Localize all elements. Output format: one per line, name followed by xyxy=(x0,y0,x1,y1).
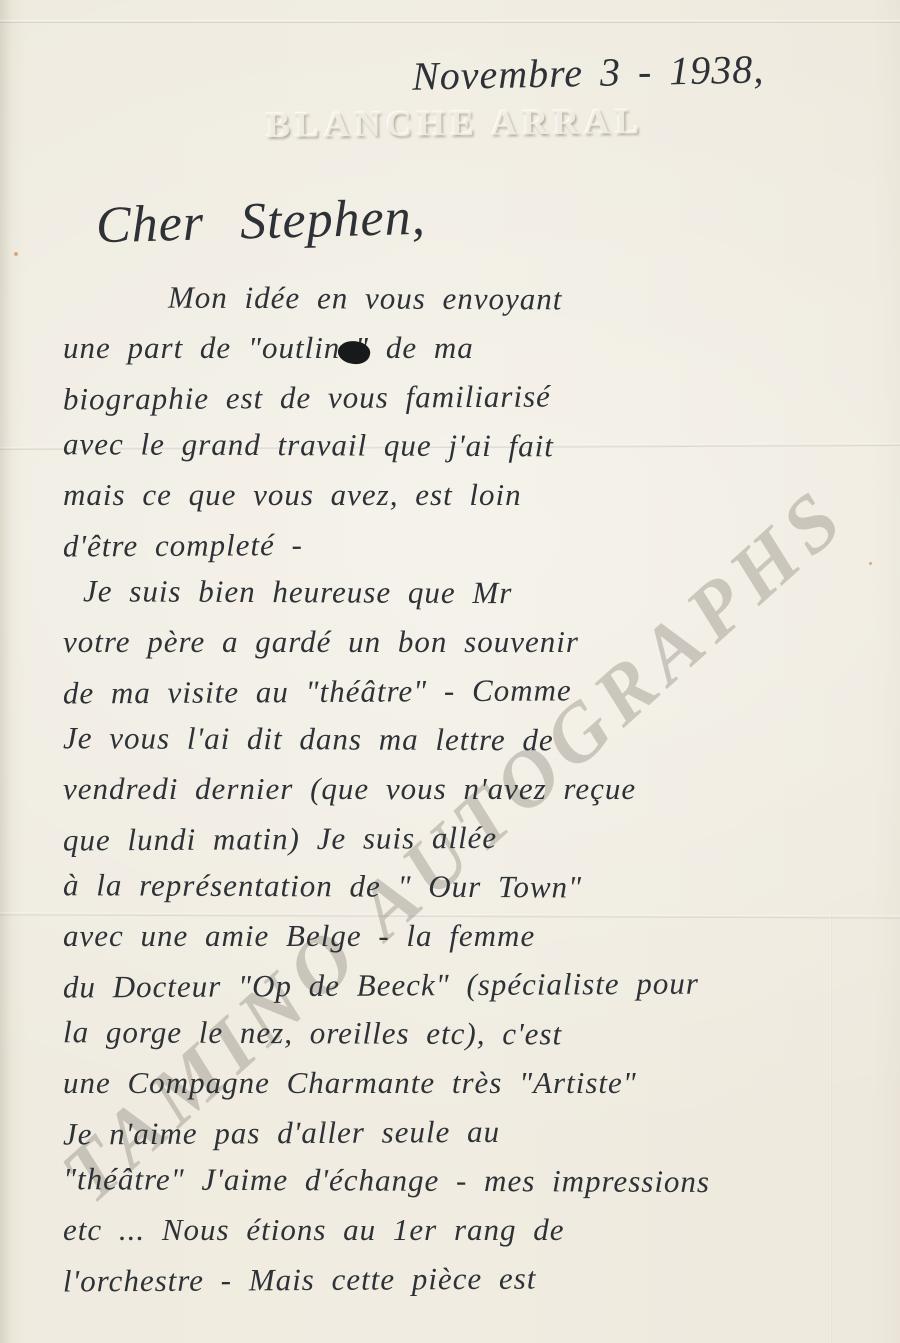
body-line: biographie est de vous familiarisé xyxy=(63,376,885,430)
body-line: Mon idée en vous envoyant xyxy=(63,279,885,332)
body-line: avec le grand travail que j'ai fait xyxy=(63,426,885,479)
body-line: "théâtre" J'aime d'échange - mes impress… xyxy=(63,1161,885,1214)
body-line: d'être completé - xyxy=(63,523,885,577)
paper-fold-line-top xyxy=(0,20,900,23)
salutation: Cher Stephen, xyxy=(95,188,426,256)
letter-body: Mon idée en vous envoyantune part de "ou… xyxy=(63,281,885,1310)
body-line: une part de "outline" de ma xyxy=(63,330,885,379)
body-line: que lundi matin) Je suis allée xyxy=(63,817,885,871)
date-line: Novembre 3 - 1938, xyxy=(412,43,863,99)
body-line: du Docteur "Op de Beeck" (spécialiste po… xyxy=(63,964,885,1018)
body-line: l'orchestre - Mais cette pièce est xyxy=(63,1258,885,1312)
body-line: Je vous l'ai dit dans ma lettre de xyxy=(63,720,885,773)
embossed-letterhead: BLANCHE ARRAL xyxy=(255,100,655,146)
body-line: avec une amie Belge - la femme xyxy=(63,918,885,967)
body-line: etc ... Nous étions au 1er rang de xyxy=(63,1212,885,1261)
paper-edge-shadow xyxy=(0,0,12,1343)
body-line: vendredi dernier (que vous n'avez reçue xyxy=(63,771,885,820)
body-line: une Compagne Charmante très "Artiste" xyxy=(63,1065,885,1114)
foxing-speck xyxy=(14,252,18,256)
body-line: mais ce que vous avez, est loin xyxy=(63,477,885,526)
body-line: votre père a gardé un bon souvenir xyxy=(63,624,885,673)
letter-scan-page: TAMINO AUTOGRAPHS BLANCHE ARRAL Novembre… xyxy=(0,0,900,1343)
body-line: à la représentation de " Our Town" xyxy=(63,867,885,920)
body-line: Je n'aime pas d'aller seule au xyxy=(63,1111,885,1165)
body-line: Je suis bien heureuse que Mr xyxy=(63,573,885,626)
body-line: la gorge le nez, oreilles etc), c'est xyxy=(63,1014,885,1067)
body-line: de ma visite au "théâtre" - Comme xyxy=(63,670,885,724)
